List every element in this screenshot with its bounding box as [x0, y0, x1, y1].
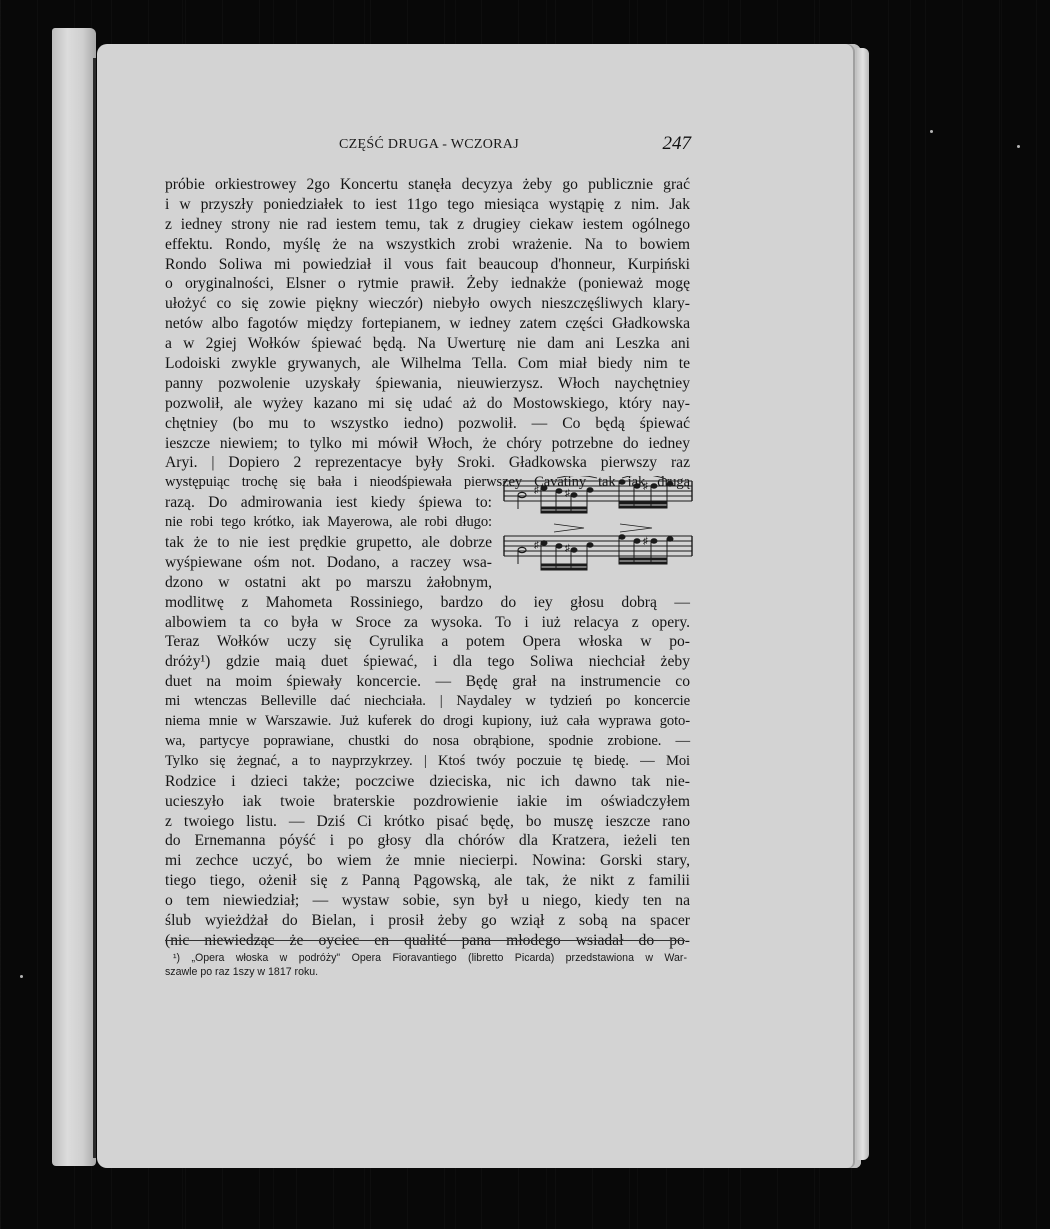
- text-line: dróży¹) gdzie maią duet śpiewać, i dla t…: [165, 652, 690, 672]
- text-line: duet na moim śpiewały koncercie. — Będę …: [165, 672, 690, 692]
- text-line: effektu. Rondo, myślę że na wszystkich z…: [165, 235, 690, 255]
- svg-text:♯: ♯: [565, 543, 570, 554]
- book-gutter: [93, 58, 96, 1158]
- page-number: 247: [663, 133, 692, 155]
- previous-page-edge: [52, 28, 96, 1166]
- text-line: o oryginalności, Elsner o rytmie prawił.…: [165, 274, 690, 294]
- music-staff-2: [504, 524, 692, 556]
- text-line: modlitwę z Mahometa Rossiniego, bardzo d…: [165, 593, 690, 613]
- svg-text:♯: ♯: [534, 540, 539, 551]
- dust-speck: [20, 975, 23, 978]
- wrapped-text-line: nie robi tego krótko, iak Mayerowa, ale …: [165, 513, 492, 533]
- page-header: CZĘŚĆ DRUGA - WCZORAJ 247: [165, 133, 693, 157]
- text-line: Rondo Soliwa mi powiedział il vous fait …: [165, 255, 690, 275]
- text-line: netów albo fagotów między fortepianem, w…: [165, 314, 690, 334]
- running-head: CZĘŚĆ DRUGA - WCZORAJ: [165, 137, 693, 153]
- dust-speck: [1017, 145, 1020, 148]
- text-line: niema mnie w Warszawie. Już kuferek do d…: [165, 712, 690, 732]
- text-line: a w 2giej Wołków śpiewać będą. Na Uwertu…: [165, 334, 690, 354]
- text-line: tiego tiego, ożenił się z Panną Pągowską…: [165, 871, 690, 891]
- text-line: Rodzice i dzieci także; poczciwe dziecis…: [165, 772, 690, 792]
- text-line: wa, partycye poprawiane, chustki do nosa…: [165, 732, 690, 752]
- svg-text:♯: ♯: [643, 481, 648, 492]
- wrapped-text-line: tak że to nie iest prędkie grupetto, ale…: [165, 533, 492, 553]
- wrapped-text-line: razą. Do admirowania iest kiedy śpiewa t…: [165, 493, 492, 513]
- text-line: Aryi. | Dopiero 2 reprezentacye były Sro…: [165, 453, 690, 473]
- text-line: próbie orkiestrowey 2go Koncertu stanęła…: [165, 175, 690, 195]
- svg-text:♯: ♯: [565, 488, 570, 499]
- svg-text:♯: ♯: [643, 536, 648, 547]
- musical-example-figure: ♯ ♯ ♯ ♯ ♯ ♯: [502, 476, 694, 576]
- footnote-line: ¹) „Opera włoska w podróży" Opera Fiorav…: [165, 951, 687, 965]
- text-line: Teraz Wołków uczy się Cyrulika a potem O…: [165, 632, 690, 652]
- text-line: albowiem ta co była w Sroce za wysoka. T…: [165, 613, 690, 633]
- text-line: mi zechce uczyć, bo wiem że mnie niecier…: [165, 851, 690, 871]
- text-line: i w przyszły poniedziałek to iest 11go t…: [165, 195, 690, 215]
- wrapped-text-line: wyśpiewane ośm not. Dodano, a raczey wsa…: [165, 553, 492, 573]
- text-line: ucieszyło iak twoie braterskie pozdrowie…: [165, 792, 690, 812]
- footnote-divider: [165, 940, 685, 941]
- text-line: z twoiego listu. — Dziś Ci krótko pisać …: [165, 812, 690, 832]
- svg-text:♯: ♯: [534, 485, 539, 496]
- text-line: chętniey (bo mu to wszystko iedno) pozwo…: [165, 414, 690, 434]
- dust-speck: [930, 130, 933, 133]
- text-line: ieszcze niewiem; to tylko mi mówił Włoch…: [165, 434, 690, 454]
- text-line: panny pozwolenie uzyskały śpiewania, nie…: [165, 374, 690, 394]
- text-line: ślub wyieżdżał do Bielan, i prosił żeby …: [165, 911, 690, 931]
- text-line: Tylko się żegnać, a to nayprzykrzey. | K…: [165, 752, 690, 772]
- text-line: ułożyć co się zowie piękny wieczór) nieb…: [165, 294, 690, 314]
- wrapped-text-line: dzono w ostatni akt po marszu żałobnym,: [165, 573, 492, 593]
- text-line: pozwolił, ale wyżey kazano mi się udać a…: [165, 394, 690, 414]
- text-line: Lodoiski zwykle grywanych, ale Wilhelma …: [165, 354, 690, 374]
- music-staff-1: [504, 476, 692, 501]
- text-line: o tem niewiedział; — wystaw sobie, syn b…: [165, 891, 690, 911]
- page-stack-edge: [857, 48, 869, 1160]
- footnote-line: szawle po raz 1szy w 1817 roku.: [165, 965, 687, 979]
- footnote: ¹) „Opera włoska w podróży" Opera Fiorav…: [165, 951, 687, 979]
- text-line: mi wtenczas Belleville dać niechciała. |…: [165, 692, 690, 712]
- text-line: z iedney strony nie rad iestem temu, tak…: [165, 215, 690, 235]
- text-line: do Ernemanna póyść i po głosy dla chórów…: [165, 831, 690, 851]
